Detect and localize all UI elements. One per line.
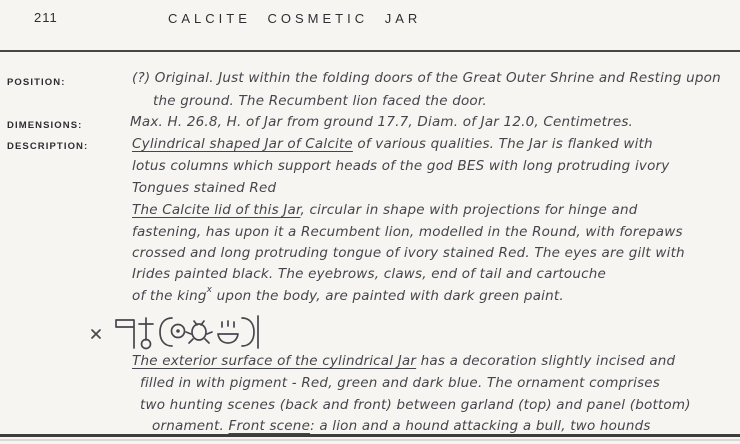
sun-disc-icon (172, 325, 185, 338)
description-line-6: crossed and long protruding tongue of iv… (132, 245, 685, 261)
line-text: ornament. (152, 418, 229, 434)
underlined-phrase: The Calcite lid of this Jar (132, 202, 300, 218)
line-text: of various qualities. The Jar is flanked… (353, 136, 653, 152)
exterior-line-2: filled in with pigment - Red, green and … (140, 375, 660, 391)
cartouche-icon (160, 316, 258, 348)
neb-basket-icon (218, 334, 238, 343)
scarab-icon (186, 321, 212, 343)
dimensions-label: DIMENSIONS: (7, 120, 82, 131)
exterior-line-3: two hunting scenes (back and front) betw… (140, 397, 691, 413)
header-divider-line (0, 50, 740, 52)
card-bottom-edge-shadow (0, 439, 740, 441)
hieroglyph-sketch-line (82, 312, 272, 354)
description-line-1: Cylindrical shaped Jar of Calcite of var… (132, 136, 653, 152)
exterior-line-1: The exterior surface of the cylindrical … (132, 353, 675, 369)
record-card: 211 CALCITE COSMETIC JAR POSITION: (?) O… (0, 0, 740, 444)
line-text: upon the body, are painted with dark gre… (212, 288, 564, 304)
card-bottom-edge-line (0, 434, 740, 437)
underlined-phrase: Cylindrical shaped Jar of Calcite (132, 136, 353, 152)
line-text: of the king (132, 288, 207, 304)
exterior-line-4: ornament. Front scene: a lion and a houn… (152, 418, 651, 434)
line-text: : a lion and a hound attacking a bull, t… (310, 418, 651, 434)
dimensions-line: Max. H. 26.8, H. of Jar from ground 17.7… (130, 114, 633, 130)
card-number: 211 (34, 10, 58, 25)
hieroglyph-sketch (82, 312, 272, 354)
description-line-2: lotus columns which support heads of the… (132, 158, 669, 174)
description-line-5: fastening, has upon it a Recumbent lion,… (132, 224, 683, 240)
nefer-sign-icon (139, 318, 153, 349)
underlined-phrase: The exterior surface of the cylindrical … (132, 353, 416, 369)
line-text: has a decoration slightly incised and (416, 353, 675, 369)
underlined-phrase: Front scene (229, 418, 311, 434)
plural-strokes-icon (222, 321, 234, 327)
page-title: CALCITE COSMETIC JAR (168, 11, 421, 26)
netjer-flag-icon (116, 320, 134, 348)
description-line-3: Tongues stained Red (132, 180, 276, 196)
x-mark-icon (92, 330, 100, 338)
insertion-x-mark: x (207, 285, 213, 295)
position-line-1: (?) Original. Just within the folding do… (132, 70, 721, 86)
position-line-2: the ground. The Recumbent lion faced the… (153, 93, 487, 109)
description-line-7: Irides painted black. The eyebrows, claw… (132, 266, 606, 282)
line-text: , circular in shape with projections for… (300, 202, 637, 218)
description-label: DESCRIPTION: (7, 141, 88, 152)
position-label: POSITION: (7, 77, 65, 88)
description-line-8: of the kingx upon the body, are painted … (132, 288, 564, 304)
description-line-4: The Calcite lid of this Jar, circular in… (132, 202, 638, 218)
